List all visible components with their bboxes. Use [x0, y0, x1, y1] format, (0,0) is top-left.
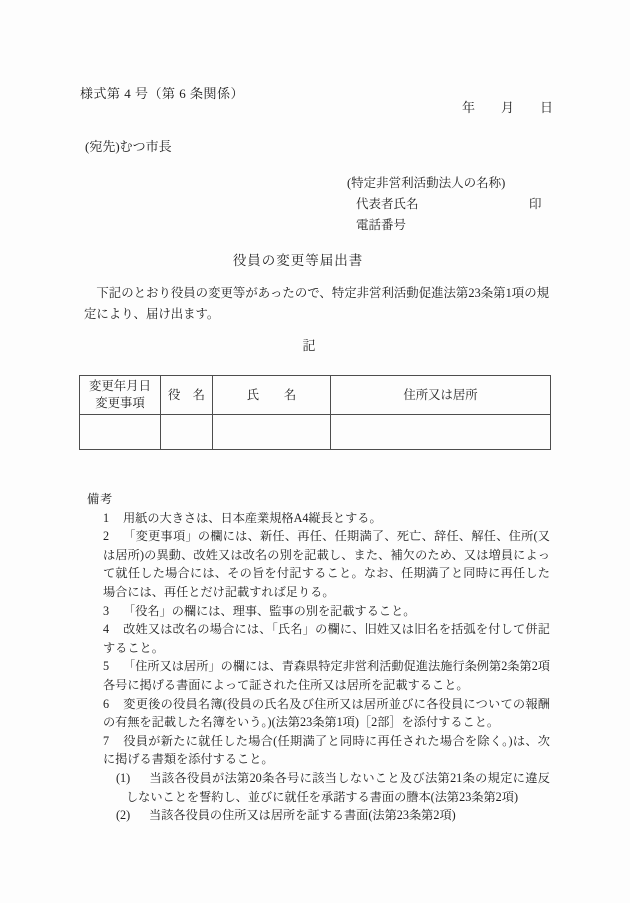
remark-number-4: 4 [103, 620, 123, 639]
col-header-change-date: 変更年月日 [80, 378, 160, 395]
body-paragraph: 下記のとおり役員の変更等があったので、特定非営利活動促進法第23条第1項の規定に… [84, 283, 549, 324]
remarks-section: 備考 1用紙の大きさは、日本産業規格A4縦長とする。 2「変更事項」の欄には、新… [87, 490, 550, 825]
remarks-list: 1用紙の大きさは、日本産業規格A4縦長とする。 2「変更事項」の欄には、新任、再… [103, 509, 550, 825]
remark-item-1: 1用紙の大きさは、日本産業規格A4縦長とする。 [103, 509, 550, 528]
remark-subnumber-2: (2) [116, 806, 149, 825]
remark-number-1: 1 [103, 509, 123, 528]
remark-item-6: 6変更後の役員名簿(役員の氏名及び住所又は居所並びに各役員についての報酬の有無を… [103, 695, 550, 732]
date-line: 年 月 日 [0, 97, 553, 116]
col-header-address: 住所又は居所 [331, 376, 551, 415]
cell-address [331, 415, 551, 450]
remark-subnumber-1: (1) [116, 769, 149, 788]
remark-subitem-2: (2)当該各役員の住所又は居所を証する書面(法第23条第2項) [116, 806, 550, 825]
remark-number-5: 5 [103, 657, 123, 676]
cell-name [213, 415, 331, 450]
remark-text-5: 「住所又は居所」の欄には、青森県特定非営利活動促進法施行条例第2条第2項各号に掲… [103, 659, 550, 692]
remark-number-2: 2 [103, 527, 123, 546]
remark-subtext-2: 当該各役員の住所又は居所を証する書面(法第23条第2項) [149, 808, 456, 822]
table-header-row: 変更年月日 変更事項 役 名 氏 名 住所又は居所 [80, 376, 551, 415]
remark-item-3: 3「役名」の欄には、理事、監事の別を記載すること。 [103, 602, 550, 621]
remark-item-5: 5「住所又は居所」の欄には、青森県特定非営利活動促進法施行条例第2条第2項各号に… [103, 657, 550, 694]
phone-number-label: 電話番号 [356, 215, 406, 233]
remark-text-7: 役員が新たに就任した場合(任期満了と同時に再任された場合を除く。)は、次に掲げる… [103, 734, 550, 767]
representative-name-label: 代表者氏名 [356, 194, 419, 212]
remark-text-6: 変更後の役員名簿(役員の氏名及び住所又は居所並びに各役員についての報酬の有無を記… [103, 697, 550, 730]
officer-change-table: 変更年月日 変更事項 役 名 氏 名 住所又は居所 [79, 375, 551, 450]
remarks-title: 備考 [87, 490, 550, 509]
remark-number-7: 7 [103, 732, 123, 751]
remark-subtext-1: 当該各役員が法第20条各号に該当しないこと及び法第21条の規定に違反しないことを… [126, 771, 550, 804]
remark-text-2: 「変更事項」の欄には、新任、再任、任期満了、死亡、辞任、解任、住所(又は居所)の… [103, 529, 550, 599]
col-header-change-date-item: 変更年月日 変更事項 [80, 376, 161, 415]
col-header-name: 氏 名 [213, 376, 331, 415]
remark-text-3: 「役名」の欄には、理事、監事の別を記載すること。 [123, 604, 416, 618]
remark-item-4: 4改姓又は改名の場合には、「氏名」の欄に、旧姓又は旧名を括弧を付して併記すること… [103, 620, 550, 657]
remark-7-sublist: (1)当該各役員が法第20条各号に該当しないこと及び法第21条の規定に違反しない… [116, 769, 550, 825]
addressee: (宛先)むつ市長 [85, 136, 172, 155]
record-marker: 記 [0, 335, 620, 354]
page-title: 役員の変更等届出書 [0, 249, 596, 269]
remark-text-1: 用紙の大きさは、日本産業規格A4縦長とする。 [123, 511, 382, 525]
cell-role [161, 415, 213, 450]
seal-mark: 印 [529, 194, 542, 212]
remark-item-2: 2「変更事項」の欄には、新任、再任、任期満了、死亡、辞任、解任、住所(又は居所)… [103, 527, 550, 601]
col-header-role: 役 名 [161, 376, 213, 415]
document-page: 様式第 4 号（第 6 条関係） 年 月 日 (宛先)むつ市長 (特定非営利活動… [0, 0, 630, 903]
cell-change-date-item [80, 415, 161, 450]
remark-item-7: 7役員が新たに就任した場合(任期満了と同時に再任された場合を除く。)は、次に掲げ… [103, 732, 550, 769]
remark-number-6: 6 [103, 695, 123, 714]
npo-name-label: (特定非営利活動法人の名称) [347, 173, 505, 191]
col-header-change-item: 変更事項 [80, 395, 160, 412]
remark-text-4: 改姓又は改名の場合には、「氏名」の欄に、旧姓又は旧名を括弧を付して併記すること。 [103, 622, 550, 655]
remark-subitem-1: (1)当該各役員が法第20条各号に該当しないこと及び法第21条の規定に違反しない… [116, 769, 550, 806]
remark-number-3: 3 [103, 602, 123, 621]
table-row [80, 415, 551, 450]
